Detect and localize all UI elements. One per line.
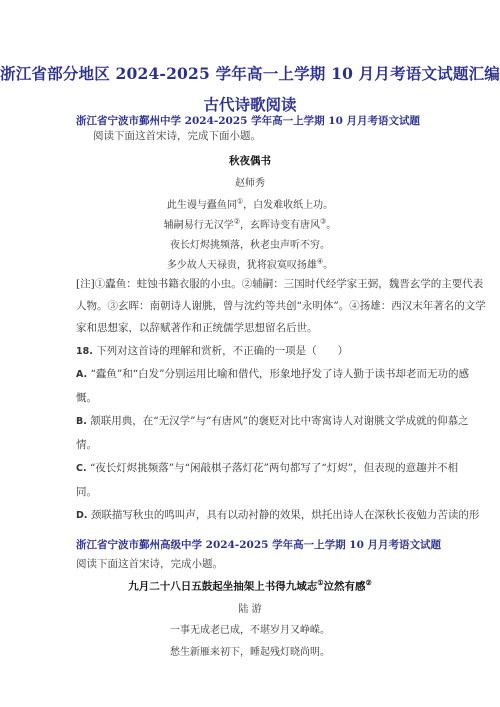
poem-author-2: 陆 游 xyxy=(0,600,500,615)
footnote-marker: ② xyxy=(366,578,372,587)
poem-title-1: 秋夜偶书 xyxy=(0,153,500,168)
poem-line: 一事无成老已成，不堪岁月又峥嵘。 xyxy=(0,621,500,636)
option-b-cont: 情。 xyxy=(76,437,97,452)
source-heading-1: 浙江省宁波市鄞州中学 2024-2025 学年高一上学期 10 月月考语文试题 xyxy=(76,113,420,128)
poem-author-1: 赵师秀 xyxy=(0,174,500,189)
question-18: 18. 下列对这首诗的理解和赏析，不正确的一项是（ ） xyxy=(76,343,348,358)
option-label: B. xyxy=(76,416,87,427)
option-a-cont: 慨。 xyxy=(76,390,97,405)
option-d: D. 颈联描写秋虫的鸣叫声，具有以动衬静的效果，烘托出诗人在深秋长夜勉力苦读的形 xyxy=(76,507,479,522)
poem-line: 此生谩与蠹鱼同①，白发难收纸上功。 xyxy=(0,196,500,211)
poem-title-2: 九月二十八日五鼓起坐抽架上书得九域志①泣然有感② xyxy=(0,578,500,594)
footnote-line: 家和思想家，以辞赋著作和正统儒学思想留名后世。 xyxy=(76,320,318,335)
poem-line: 多少故人天禄贵，犹将寂寞叹扬雄④。 xyxy=(0,256,500,271)
option-a: A. “蠹鱼”和“白发”分别运用比喻和借代，形象地抒发了诗人勤于读书却老而无功的… xyxy=(76,366,469,381)
option-label: D. xyxy=(76,510,88,521)
option-label: A. xyxy=(76,369,87,380)
question-number: 18. xyxy=(76,346,93,357)
option-c: C. “夜长灯烬挑频落”与“闲敲棋子落灯花”两句都写了“灯烬”，但表现的意趣并不… xyxy=(76,460,458,475)
instruction-2: 阅读下面这首宋诗，完成小题。 xyxy=(76,556,223,571)
poem-line: 夜长灯烬挑频落，秋老虫声听不穷。 xyxy=(0,236,500,251)
question-stem: 下列对这首诗的理解和赏析，不正确的一项是（ ） xyxy=(96,345,348,357)
footnote-line: [注]①蠹鱼：蛀蚀书籍衣服的小虫。②辅嗣：三国时代经学家王弼，魏晋玄学的主要代表 xyxy=(76,276,483,291)
footnote-line: 人物。③玄晖：南朝诗人谢朓，曾与沈约等共创“永明体”。④扬雄：西汉末年著名的文学 xyxy=(76,298,486,313)
section-title: 古代诗歌阅读 xyxy=(0,93,500,115)
document-main-title: 浙江省部分地区 2024-2025 学年高一上学期 10 月月考语文试题汇编 xyxy=(0,62,500,84)
instruction-1: 阅读下面这首宋诗，完成下面小题。 xyxy=(93,128,261,143)
option-c-cont: 同。 xyxy=(76,484,97,499)
option-b: B. 颔联用典，在“无汉学”与“有唐风”的褒贬对比中寄寓诗人对谢朓文学成就的仰慕… xyxy=(76,413,469,428)
poem-line: 愁生新雁来初下，睡起残灯晓尚明。 xyxy=(0,643,500,658)
source-heading-2: 浙江省宁波市鄞州高级中学 2024-2025 学年高一上学期 10 月月考语文试… xyxy=(76,537,441,552)
poem-line: 辅嗣易行无汉学②，玄晖诗变有唐风③。 xyxy=(0,216,500,231)
option-label: C. xyxy=(76,463,87,474)
